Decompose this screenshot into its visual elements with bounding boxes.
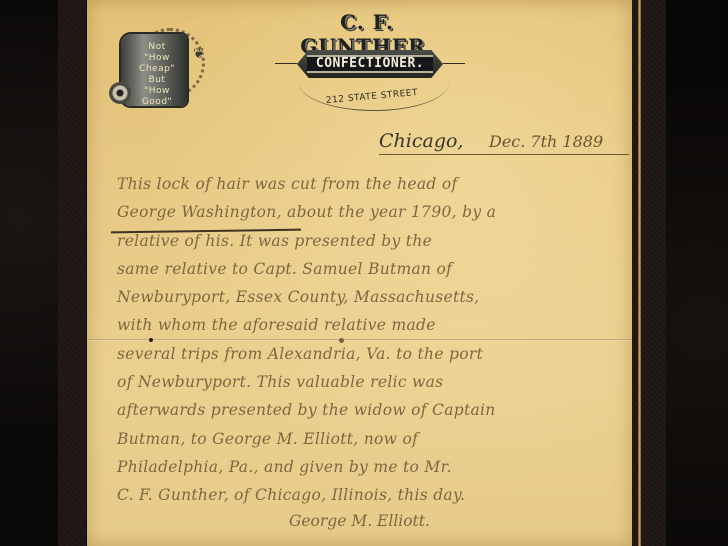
signature: George M. Elliott. [289, 512, 430, 530]
trade-title: CONFECTIONER. [307, 56, 433, 72]
letter-date: Dec. 7th 1889 [489, 132, 603, 151]
dateline: Chicago, Dec. 7th 1889 [379, 130, 629, 155]
gold-frame-strip [638, 0, 641, 546]
dark-backdrop-left [0, 0, 60, 546]
flower-icon [109, 82, 131, 104]
body-line: This lock of hair was cut from the head … [117, 170, 617, 198]
trade-banner: CONFECTIONER. [275, 44, 465, 84]
emblem-motto: Not "How Cheap" But "How Good" [129, 42, 185, 108]
body-line: George Washington, about the year 1790, … [117, 198, 617, 226]
body-line: Philadelphia, Pa., and given by me to Mr… [117, 453, 617, 481]
banner-rule-left [275, 63, 297, 64]
dark-backdrop-right [666, 0, 728, 546]
handwritten-body: This lock of hair was cut from the head … [117, 170, 617, 510]
body-line: Newburyport, Essex County, Massachusetts… [117, 283, 617, 311]
body-line: with whom the aforesaid relative made [117, 311, 617, 339]
body-line: of Newburyport. This valuable relic was [117, 368, 617, 396]
body-line: Butman, to George M. Elliott, now of [117, 425, 617, 453]
body-line: afterwards presented by the widow of Cap… [117, 396, 617, 424]
scroll-emblem: Not "How Cheap" But "How Good" ❦ [109, 28, 217, 128]
letter-paper: Not "How Cheap" But "How Good" ❦ C. F. G… [87, 0, 632, 546]
fabric-mat-left [58, 0, 86, 546]
body-line: same relative to Capt. Samuel Butman of [117, 255, 617, 283]
city-name: Chicago, [379, 130, 463, 152]
sprig-icon: ❦ [193, 46, 205, 62]
body-line: C. F. Gunther, of Chicago, Illinois, thi… [117, 481, 617, 509]
body-line: several trips from Alexandria, Va. to th… [117, 340, 617, 368]
banner-rule-right [443, 63, 465, 64]
